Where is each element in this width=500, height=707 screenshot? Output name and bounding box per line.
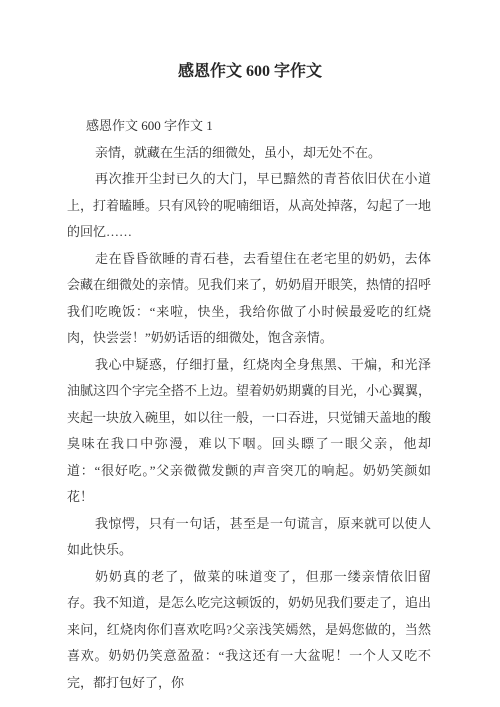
essay-paragraph-4: 我心中疑惑，仔细打量，红烧肉全身焦黑、干煸，和光泽油腻这四个字完全搭不上边。望着… xyxy=(67,352,431,511)
essay-paragraph-5: 我惊愕，只有一句话，甚至是一句谎言，原来就可以使人如此快乐。 xyxy=(67,511,431,564)
essay-paragraph-1: 亲情，就藏在生活的细微处，虽小，却无处不在。 xyxy=(67,140,431,167)
essay-paragraph-6: 奶奶真的老了，做菜的味道变了，但那一缕亲情依旧留存。我不知道，是怎么吃完这顿饭的… xyxy=(67,564,431,697)
document-title: 感恩作文 600 字作文 xyxy=(0,0,500,82)
essay-paragraph-3: 走在昏昏欲睡的青石巷，去看望住在老宅里的奶奶，去体会藏在细微处的亲情。见我们来了… xyxy=(67,246,431,352)
essay-paragraph-2: 再次推开尘封已久的大门，早已黯然的青苔依旧伏在小道上，打着瞌睡。只有风铃的呢喃细… xyxy=(67,166,431,246)
section-heading: 感恩作文 600 字作文 1 xyxy=(67,113,431,140)
document-body: 感恩作文 600 字作文 1 亲情，就藏在生活的细微处，虽小，却无处不在。 再次… xyxy=(0,113,500,696)
document-page: 感恩作文 600 字作文 感恩作文 600 字作文 1 亲情，就藏在生活的细微处… xyxy=(0,0,500,707)
